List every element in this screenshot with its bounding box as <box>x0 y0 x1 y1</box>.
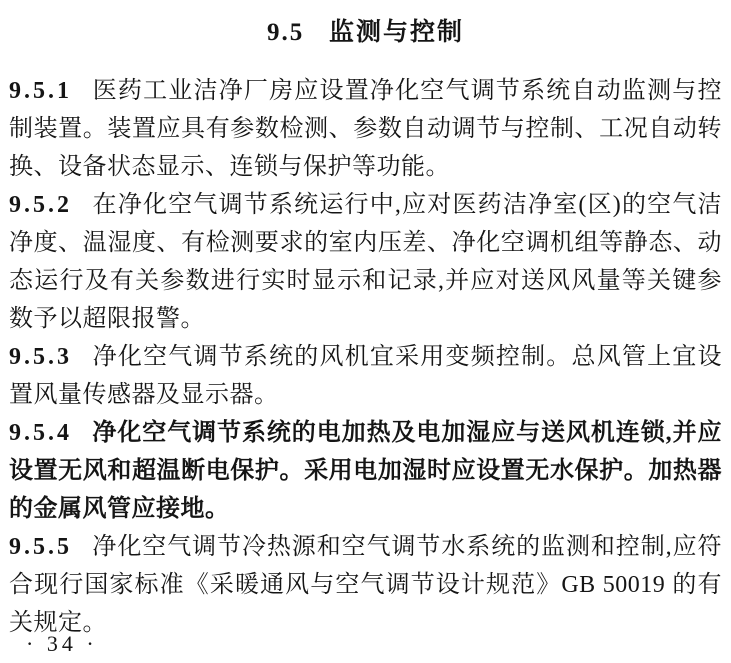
document-page: 9.5 监测与控制 9.5.1医药工业洁净厂房应设置净化空气调节系统自动监测与控… <box>0 0 731 663</box>
clause-paragraph: 9.5.1医药工业洁净厂房应设置净化空气调节系统自动监测与控制装置。装置应具有参… <box>9 72 722 186</box>
clause-paragraph: 9.5.2在净化空气调节系统运行中,应对医药洁净室(区)的空气洁净度、温湿度、有… <box>9 186 722 338</box>
clause-number: 9.5.5 <box>9 534 72 560</box>
clause-paragraph: 9.5.3净化空气调节系统的风机宜采用变频控制。总风管上宜设置风量传感器及显示器… <box>9 338 722 414</box>
clause-text: 净化空气调节系统的电加热及电加湿应与送风机连锁,并应设置无风和超温断电保护。采用… <box>9 420 722 522</box>
clause-paragraph: 9.5.4净化空气调节系统的电加热及电加湿应与送风机连锁,并应设置无风和超温断电… <box>9 414 722 528</box>
section-title: 9.5 监测与控制 <box>9 12 722 48</box>
clause-number: 9.5.3 <box>9 344 72 370</box>
clause-number: 9.5.4 <box>9 420 72 446</box>
clause-text: 净化空气调节冷热源和空气调节水系统的监测和控制,应符合现行国家标准《采暖通风与空… <box>9 534 722 636</box>
clause-number: 9.5.1 <box>9 78 72 104</box>
clause-number: 9.5.2 <box>9 192 72 218</box>
clause-text: 在净化空气调节系统运行中,应对医药洁净室(区)的空气洁净度、温湿度、有检测要求的… <box>9 192 722 332</box>
page-number: · 34 · <box>26 631 98 657</box>
clause-paragraph: 9.5.5净化空气调节冷热源和空气调节水系统的监测和控制,应符合现行国家标准《采… <box>9 528 722 642</box>
clause-text: 医药工业洁净厂房应设置净化空气调节系统自动监测与控制装置。装置应具有参数检测、参… <box>9 78 722 180</box>
clause-text: 净化空气调节系统的风机宜采用变频控制。总风管上宜设置风量传感器及显示器。 <box>9 344 722 408</box>
